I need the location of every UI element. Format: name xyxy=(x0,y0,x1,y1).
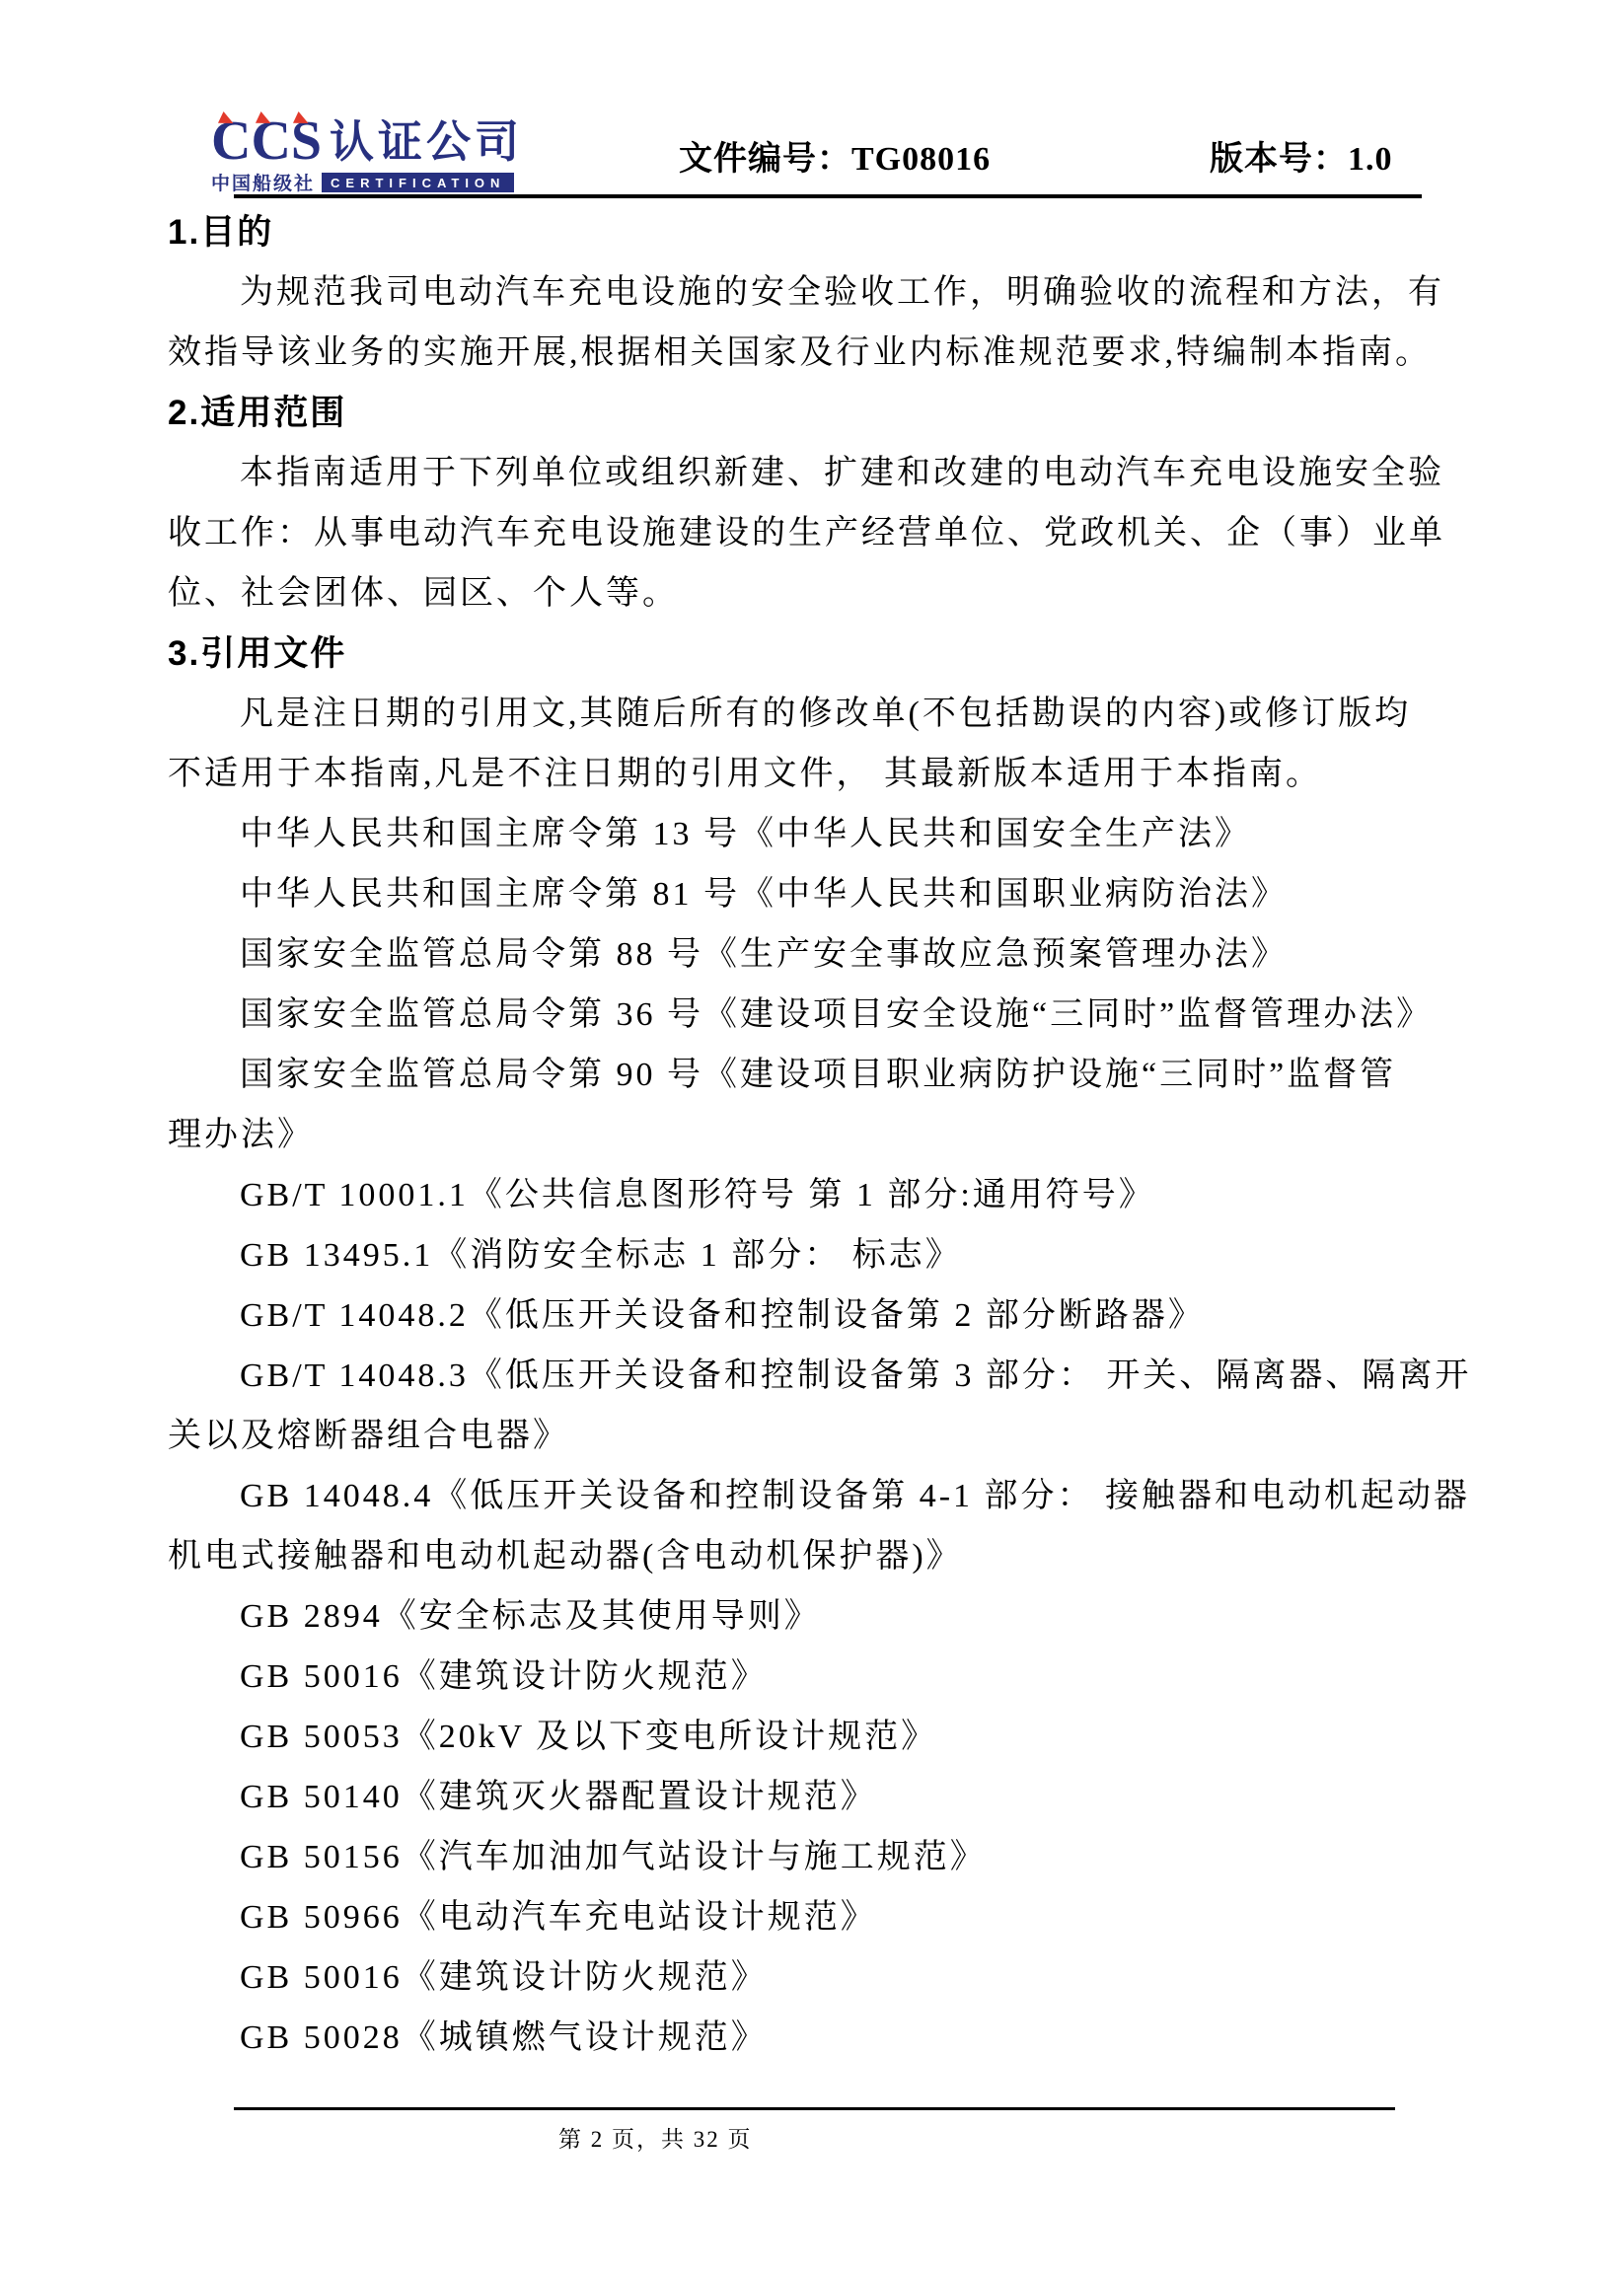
text-line: GB 50016《建筑设计防火规范》 xyxy=(168,1947,1470,2008)
text-line: 国家安全监管总局令第 90 号《建设项目职业病防护设施“三同时”监督管 xyxy=(168,1045,1470,1105)
ccs-wordmark: CCS xyxy=(211,116,322,166)
document-page: CCS 认证公司 中国船级社 CERTIFICATION 文件编号：TG0801… xyxy=(0,0,1624,2273)
version-label: 版本号：1.0 xyxy=(1210,140,1393,180)
text-line: 理办法》 xyxy=(168,1105,1470,1165)
text-line: GB 2894《安全标志及其使用导则》 xyxy=(168,1586,1470,1647)
logo-brand-cn: 认证公司 xyxy=(330,118,523,166)
document-body: 1.目的为规范我司电动汽车充电设施的安全验收工作，明确验收的流程和方法，有效指导… xyxy=(168,202,1470,2068)
text-line: 中华人民共和国主席令第 81 号《中华人民共和国职业病防治法》 xyxy=(168,864,1470,924)
text-line: 机电式接触器和电动机起动器(含电动机保护器)》 xyxy=(168,1526,1470,1586)
text-line: 为规范我司电动汽车充电设施的安全验收工作，明确验收的流程和方法，有 xyxy=(168,262,1470,323)
footer-divider xyxy=(234,2107,1395,2110)
text-line: 凡是注日期的引用文,其随后所有的修改单(不包括勘误的内容)或修订版均 xyxy=(168,684,1470,744)
text-line: GB 14048.4《低压开关设备和控制设备第 4-1 部分： 接触器和电动机起… xyxy=(168,1466,1470,1526)
text-line: GB 50156《汽车加油加气站设计与施工规范》 xyxy=(168,1827,1470,1887)
text-line: GB/T 14048.2《低压开关设备和控制设备第 2 部分断路器》 xyxy=(168,1285,1470,1346)
section-heading: 1.目的 xyxy=(168,202,1470,262)
text-line: 国家安全监管总局令第 36 号《建设项目安全设施“三同时”监督管理办法》 xyxy=(168,985,1470,1045)
text-line: 中华人民共和国主席令第 13 号《中华人民共和国安全生产法》 xyxy=(168,804,1470,864)
section-heading: 2.适用范围 xyxy=(168,383,1470,443)
logo-top-row: CCS 认证公司 xyxy=(211,116,523,166)
logo-bottom-row: 中国船级社 CERTIFICATION xyxy=(211,169,523,195)
text-line: 收工作：从事电动汽车充电设施建设的生产经营单位、党政机关、企（事）业单 xyxy=(168,503,1470,563)
text-line: 本指南适用于下列单位或组织新建、扩建和改建的电动汽车充电设施安全验 xyxy=(168,443,1470,503)
section-heading: 3.引用文件 xyxy=(168,623,1470,684)
text-line: GB/T 14048.3《低压开关设备和控制设备第 3 部分： 开关、隔离器、隔… xyxy=(168,1346,1470,1406)
text-line: GB 50028《城镇燃气设计规范》 xyxy=(168,2008,1470,2068)
text-line: GB/T 10001.1《公共信息图形符号 第 1 部分:通用符号》 xyxy=(168,1165,1470,1225)
text-line: GB 50016《建筑设计防火规范》 xyxy=(168,1647,1470,1707)
page-number: 第 2 页，共 32 页 xyxy=(558,2121,753,2154)
text-line: 效指导该业务的实施开展,根据相关国家及行业内标准规范要求,特编制本指南。 xyxy=(168,323,1470,383)
logo-org-en: CERTIFICATION xyxy=(322,173,514,192)
text-line: GB 13495.1《消防安全标志 1 部分： 标志》 xyxy=(168,1225,1470,1285)
text-line: 关以及熔断器组合电器》 xyxy=(168,1406,1470,1466)
text-line: GB 50053《20kV 及以下变电所设计规范》 xyxy=(168,1707,1470,1767)
text-line: 位、社会团体、园区、个人等。 xyxy=(168,563,1470,623)
text-line: 国家安全监管总局令第 88 号《生产安全事故应急预案管理办法》 xyxy=(168,924,1470,985)
ccs-logo: CCS 认证公司 中国船级社 CERTIFICATION xyxy=(211,116,523,195)
header-divider xyxy=(234,194,1422,198)
doc-number-label: 文件编号：TG08016 xyxy=(679,140,991,180)
text-line: GB 50140《建筑灭火器配置设计规范》 xyxy=(168,1767,1470,1827)
logo-org-cn: 中国船级社 xyxy=(211,169,315,195)
text-line: GB 50966《电动汽车充电站设计规范》 xyxy=(168,1887,1470,1947)
text-line: 不适用于本指南,凡是不注日期的引用文件， 其最新版本适用于本指南。 xyxy=(168,744,1470,804)
